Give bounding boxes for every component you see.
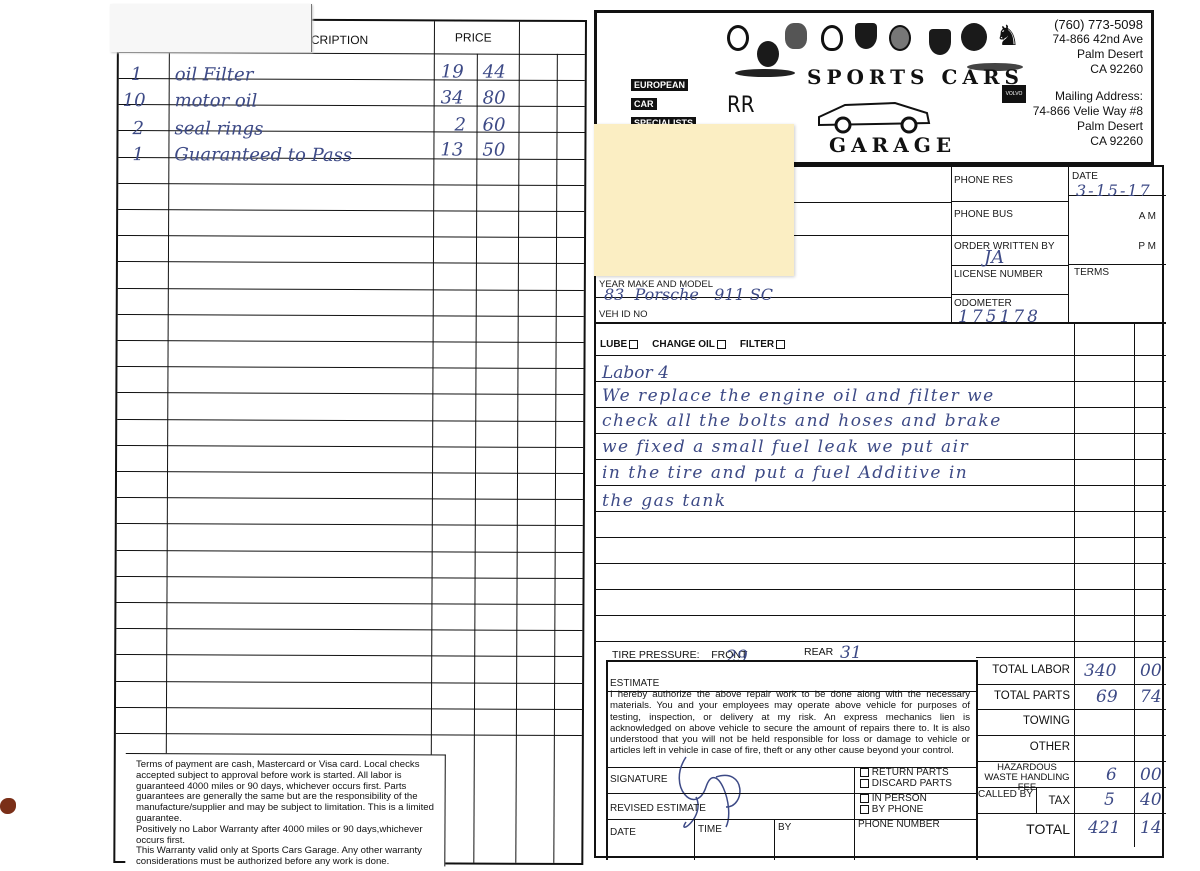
shop-contact: (760) 773-5098 74-866 42nd Ave Palm Dese… [1033, 17, 1143, 149]
order-written-by-value: JA [984, 247, 1004, 268]
sticky-note [594, 124, 794, 276]
row-line [976, 684, 1166, 685]
price-cents-1: 44 [483, 62, 506, 83]
shop-phone: (760) 773-5098 [1033, 17, 1143, 32]
filter-checkbox[interactable] [776, 340, 785, 349]
phone-res-label: PHONE RES [954, 175, 1013, 186]
part-description-2: motor oil [175, 90, 258, 111]
alfa-romeo-logo-icon [961, 23, 987, 51]
work-row-line [596, 485, 1166, 486]
towing-label: TOWING [978, 715, 1070, 727]
rolls-royce-logo: RR [727, 93, 755, 118]
row-line [951, 265, 1068, 266]
service-line-3: check all the bolts and hoses and brake [602, 411, 1002, 431]
mg-logo-icon [727, 25, 749, 51]
labor-cents-line [1134, 322, 1135, 847]
tax-cents: 40 [1140, 790, 1162, 810]
pm-label: P M [1138, 241, 1156, 252]
aston-martin-wings-icon [735, 69, 795, 77]
bmw-logo-icon [757, 41, 779, 67]
part-description-1: oil Filter [175, 64, 254, 85]
row-line [976, 735, 1166, 736]
discard-parts-checkbox[interactable] [860, 779, 869, 788]
row-line [951, 235, 1068, 236]
parts-table: CRIPTION PRICE 1 oil Filter 19 44 10 mot… [113, 18, 587, 865]
vehicle-id-label: VEH ID NO [599, 309, 648, 320]
payment-terms: Terms of payment are cash, Mastercard or… [136, 760, 446, 868]
service-checkboxes: LUBE CHANGE OIL FILTER [600, 339, 785, 350]
work-row-line [596, 459, 1166, 460]
mailing-address-2: Palm Desert [1033, 119, 1143, 134]
return-parts-label: RETURN PARTS [872, 767, 949, 778]
parts-row-line [117, 445, 583, 448]
parts-row-line [116, 707, 582, 710]
qty-1: 1 [131, 64, 143, 85]
total-parts-label: TOTAL PARTS [978, 690, 1070, 702]
triumph-logo-icon [785, 23, 807, 49]
price-header: PRICE [455, 30, 492, 44]
parts-row-line [118, 340, 584, 343]
terms-paragraph-3: This Warranty valid only at Sports Cars … [136, 846, 446, 868]
parts-row-line [116, 681, 582, 684]
terms-label: TERMS [1074, 267, 1109, 278]
front-pressure-value: 29 [726, 647, 748, 667]
rear-label: REAR [804, 646, 833, 658]
work-row-line [596, 615, 1166, 616]
part-description-4: Guaranteed to Pass [174, 144, 352, 166]
lamborghini-shield-icon [929, 29, 951, 55]
parts-row-line [118, 314, 584, 317]
price-cents-3: 60 [482, 115, 505, 136]
qty-4: 1 [132, 144, 144, 165]
discard-parts-option[interactable]: DISCARD PARTS [858, 778, 952, 789]
lube-label: LUBE [600, 339, 627, 350]
total-labor-dollars: 340 [1084, 661, 1116, 681]
date-value: 3-15-17 [1076, 181, 1152, 200]
return-parts-option[interactable]: RETURN PARTS [858, 767, 949, 778]
service-line-1: Labor 4 [602, 363, 669, 383]
total-labor-label: TOTAL LABOR [978, 664, 1070, 676]
parts-row-line [117, 392, 583, 395]
work-row-line [596, 641, 1166, 642]
work-row-line [596, 381, 1166, 382]
badge-car: CAR [631, 98, 657, 110]
parts-row-line [117, 419, 583, 422]
folded-paper-corner [110, 4, 312, 52]
lube-checkbox[interactable] [629, 340, 638, 349]
called-by-label: CALLED BY [978, 789, 1033, 800]
badge-european: EUROPEAN [631, 79, 688, 91]
by-field-label: BY [778, 822, 791, 833]
row-line [1068, 264, 1166, 265]
qty-3: 2 [132, 118, 144, 139]
shop-address-3: CA 92260 [1033, 62, 1143, 77]
estimate-label: ESTIMATE [610, 678, 659, 689]
parts-row-line [117, 576, 583, 579]
estimate-left-line [606, 660, 608, 860]
order-written-by-label: ORDER WRITTEN BY [954, 241, 1055, 252]
porsche-crest-icon [855, 23, 877, 49]
by-phone-label: BY PHONE [872, 804, 924, 815]
parts-row-line [117, 471, 583, 474]
col-line [774, 819, 775, 860]
time-field-label: TIME [698, 824, 722, 835]
price-dollars-3: 2 [454, 114, 466, 135]
am-label: A M [1139, 211, 1156, 222]
col-line [694, 819, 695, 860]
service-line-4: we fixed a small fuel leak we put air [602, 437, 969, 457]
parts-row-line [116, 654, 582, 657]
by-phone-option[interactable]: BY PHONE [858, 804, 923, 815]
total-parts-dollars: 69 [1096, 687, 1118, 707]
part-description-3: seal rings [174, 118, 263, 139]
parts-row-line [117, 550, 583, 553]
amount-cents-line [553, 54, 558, 863]
price-dollars-4: 13 [440, 139, 463, 160]
service-line-5: in the tire and put a fuel Additive in [602, 463, 968, 483]
hazardous-waste-cents: 00 [1140, 765, 1162, 785]
change-oil-label: CHANGE OIL [652, 339, 715, 350]
parts-row-line [116, 602, 582, 605]
col-line [854, 767, 855, 860]
grand-total-cents: 14 [1140, 818, 1162, 838]
paper-stain [0, 798, 16, 814]
total-parts-cents: 74 [1140, 687, 1162, 707]
row-line [976, 657, 1166, 658]
description-header: CRIPTION [311, 33, 368, 47]
other-label: OTHER [978, 741, 1070, 753]
in-person-label: IN PERSON [872, 793, 927, 804]
work-row-line [596, 407, 1166, 408]
total-labor-cents: 00 [1140, 661, 1162, 681]
parts-row-line [117, 497, 583, 500]
tax-label: TAX [1038, 795, 1070, 807]
estimate-top-line [606, 660, 976, 662]
work-row-line [596, 433, 1166, 434]
parts-row-line [118, 261, 584, 264]
totals-dollars-line [1074, 657, 1075, 857]
cents-column-line [473, 54, 478, 863]
license-number-label: LICENSE NUMBER [954, 269, 1043, 280]
work-row-line [596, 563, 1166, 564]
filter-label: FILTER [740, 339, 774, 350]
work-row-line [596, 589, 1166, 590]
row-line [976, 813, 1166, 814]
work-row-line [596, 511, 1166, 512]
mailing-address-1: 74-866 Velie Way #8 [1033, 104, 1143, 119]
work-row-line [596, 355, 1166, 356]
shop-address-2: Palm Desert [1033, 47, 1143, 62]
price-cents-4: 50 [482, 140, 505, 161]
qty-column-line [165, 52, 170, 861]
date-field-label: DATE [610, 827, 636, 838]
parts-row-line [118, 288, 584, 291]
header-divider [119, 52, 585, 55]
grand-total-label: TOTAL [978, 821, 1070, 837]
row-line [976, 709, 1166, 710]
shop-address-1: 74-866 42nd Ave [1033, 32, 1143, 47]
parts-row-line [116, 628, 582, 631]
revised-estimate-label: REVISED ESTIMATE [610, 803, 706, 814]
work-row-line [596, 537, 1166, 538]
price-dollars-1: 19 [441, 61, 464, 82]
parts-row-line [118, 183, 584, 186]
parts-row-line [117, 366, 583, 369]
phone-number-label: PHONE NUMBER [858, 819, 940, 830]
sports-car-icon [815, 95, 935, 135]
price-column-line [430, 21, 435, 862]
row-line [951, 201, 1068, 202]
terms-paragraph-1: Terms of payment are cash, Mastercard or… [136, 760, 446, 825]
parts-row-line [116, 733, 582, 736]
hazardous-waste-dollars: 6 [1106, 765, 1117, 785]
service-line-6: the gas tank [602, 491, 727, 511]
service-line-2: We replace the engine oil and filter we [602, 386, 995, 406]
maserati-logo-icon [821, 25, 843, 51]
in-person-checkbox[interactable] [860, 794, 869, 803]
mailing-address-3: CA 92260 [1033, 134, 1143, 149]
price-cents-2: 80 [483, 88, 506, 109]
change-oil-checkbox[interactable] [717, 340, 726, 349]
price-dollars-2: 34 [441, 87, 464, 108]
phone-bus-label: PHONE BUS [954, 209, 1013, 220]
brand-name-bottom: GARAGE [829, 133, 956, 157]
parts-row-line [117, 523, 583, 526]
parts-row-line [118, 209, 584, 212]
parts-row-line [118, 235, 584, 238]
mailing-label: Mailing Address: [1033, 89, 1143, 104]
discard-parts-label: DISCARD PARTS [872, 778, 952, 789]
qty-2: 10 [123, 90, 146, 111]
ferrari-horse-icon: ♞ [995, 19, 1020, 52]
brand-name-top: SPORTS CARS [807, 65, 1024, 89]
amount-column-line [515, 22, 520, 863]
customer-divider [951, 167, 952, 322]
section-line [596, 322, 1166, 324]
by-phone-checkbox[interactable] [860, 805, 869, 814]
row-line [951, 294, 1068, 295]
return-parts-checkbox[interactable] [860, 768, 869, 777]
tax-dollars: 5 [1104, 790, 1115, 810]
in-person-option[interactable]: IN PERSON [858, 793, 927, 804]
terms-paragraph-2: Positively no Labor Warranty after 4000 … [136, 825, 446, 847]
year-make-model-value: 83 Porsche 911 SC [604, 285, 773, 304]
lotus-logo-icon [889, 25, 911, 51]
grand-total-dollars: 421 [1088, 818, 1120, 838]
date-divider [1068, 167, 1069, 322]
odometer-value: 175178 [958, 307, 1041, 327]
